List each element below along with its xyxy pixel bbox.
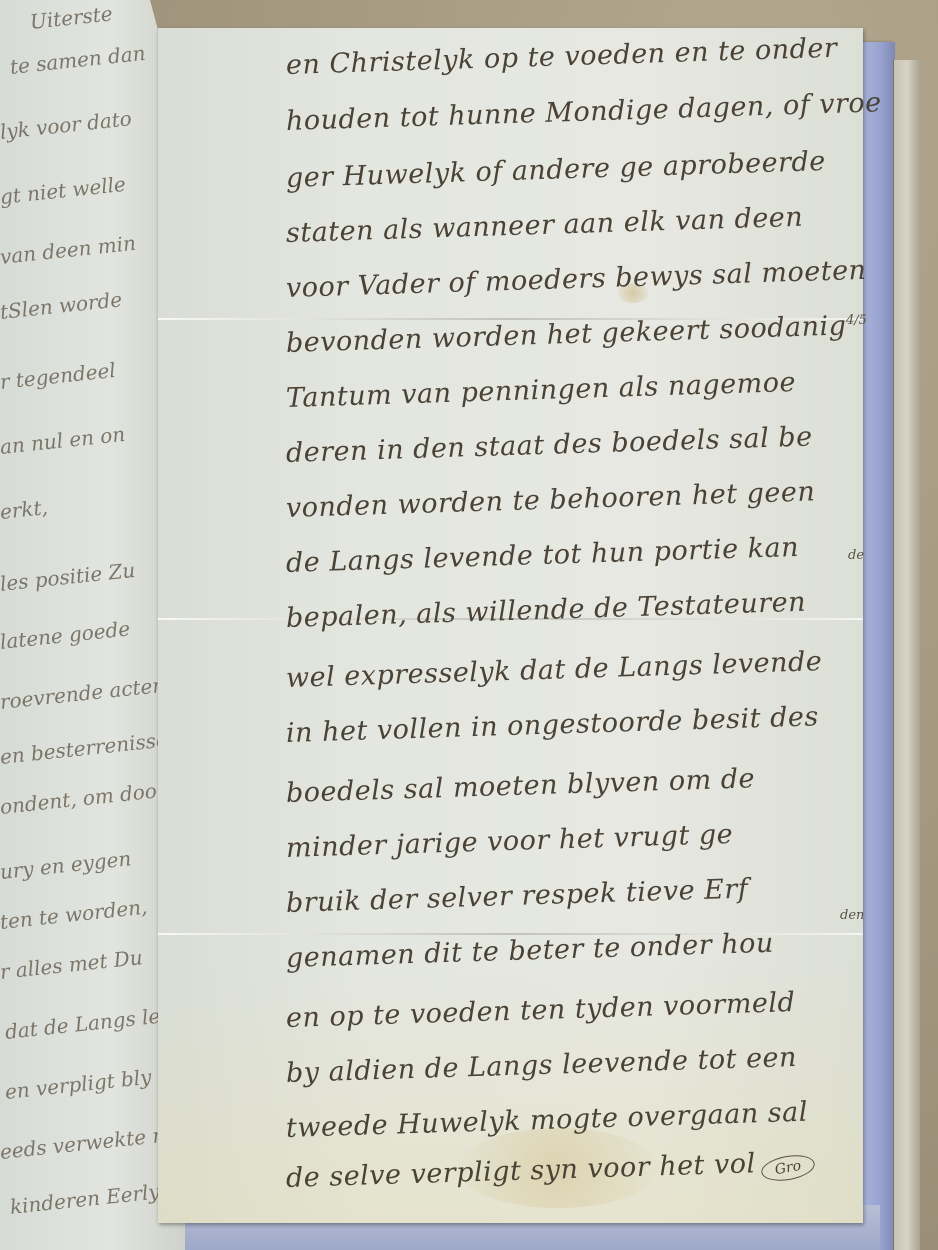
left-page-line: eeds verwekte m — [0, 1122, 172, 1164]
manuscript-line: in het vollen in ongestoorde besit des — [286, 701, 820, 749]
manuscript-line: voor Vader of moeders bewys sal moeten — [286, 255, 867, 304]
left-page-line: lyk voor dato — [0, 106, 133, 144]
left-page-line: les positie Zu — [0, 558, 136, 596]
left-page-line: ondent, om door — [0, 778, 167, 819]
manuscript-line: bepalen, als willende de Testateuren — [286, 587, 807, 634]
manuscript-line: en op te voeden ten tyden voormeld — [286, 987, 796, 1034]
manuscript-line: houden tot hunne Mondige dagen, of vroe — [286, 87, 883, 137]
manuscript-line: ger Huwelyk of andere ge aprobeerde — [286, 146, 827, 194]
left-page-line: dat de Langs le — [4, 1004, 162, 1044]
manuscript-line: deren in den staat des boedels sal be — [286, 421, 813, 469]
main-manuscript-page: en Christelyk op te voeden en te onder h… — [158, 28, 863, 1223]
left-page-line: en verpligt bly — [4, 1065, 153, 1104]
left-page-line: latene goede — [0, 616, 131, 654]
manuscript-line: Tantum van penningen als nagemoe — [286, 367, 797, 414]
margin-note: den — [840, 908, 864, 923]
left-page-line: ten te worden, — [0, 895, 148, 934]
margin-note: 4/5 — [846, 313, 867, 328]
margin-note: de — [848, 548, 864, 563]
left-page-line: tSlen worde — [0, 287, 123, 324]
manuscript-line: de Langs levende tot hun portie kan — [286, 532, 800, 579]
manuscript-line: en Christelyk op te voeden en te onder — [286, 33, 838, 81]
manuscript-line: by aldien de Langs leevende tot een — [286, 1042, 798, 1089]
manuscript-line: vonden worden te behooren het geen — [286, 476, 816, 524]
left-page-line: erkt, — [0, 495, 49, 524]
manuscript-line: staten als wanneer aan elk van deen — [286, 202, 804, 249]
manuscript-line: wel expresselyk dat de Langs levende — [286, 646, 823, 694]
left-page-line: te samen dan — [9, 41, 147, 79]
left-page-line: roevrende actens — [0, 672, 176, 714]
page-stack-edge — [893, 60, 920, 1250]
left-page-line: kinderen Eerly — [9, 1179, 161, 1219]
manuscript-line: boedels sal moeten blyven om de — [286, 763, 756, 809]
left-page-line: en besterrenissen — [0, 726, 182, 769]
left-page-line: van deen min — [0, 231, 137, 269]
catchword-flourish: Gro — [759, 1151, 816, 1184]
left-page-line: Uiterste — [29, 1, 114, 34]
manuscript-line: minder jarige voor het vrugt ge — [286, 819, 734, 864]
left-page-line: gt niet welle — [0, 172, 127, 209]
left-page-line: r alles met Du — [0, 945, 144, 984]
left-page-line: r tegendeel — [0, 358, 117, 394]
left-page-line: ury en eygen — [0, 846, 132, 884]
left-page-line: an nul en on — [0, 422, 126, 459]
manuscript-line: bruik der selver respek tieve Erf — [286, 873, 749, 919]
